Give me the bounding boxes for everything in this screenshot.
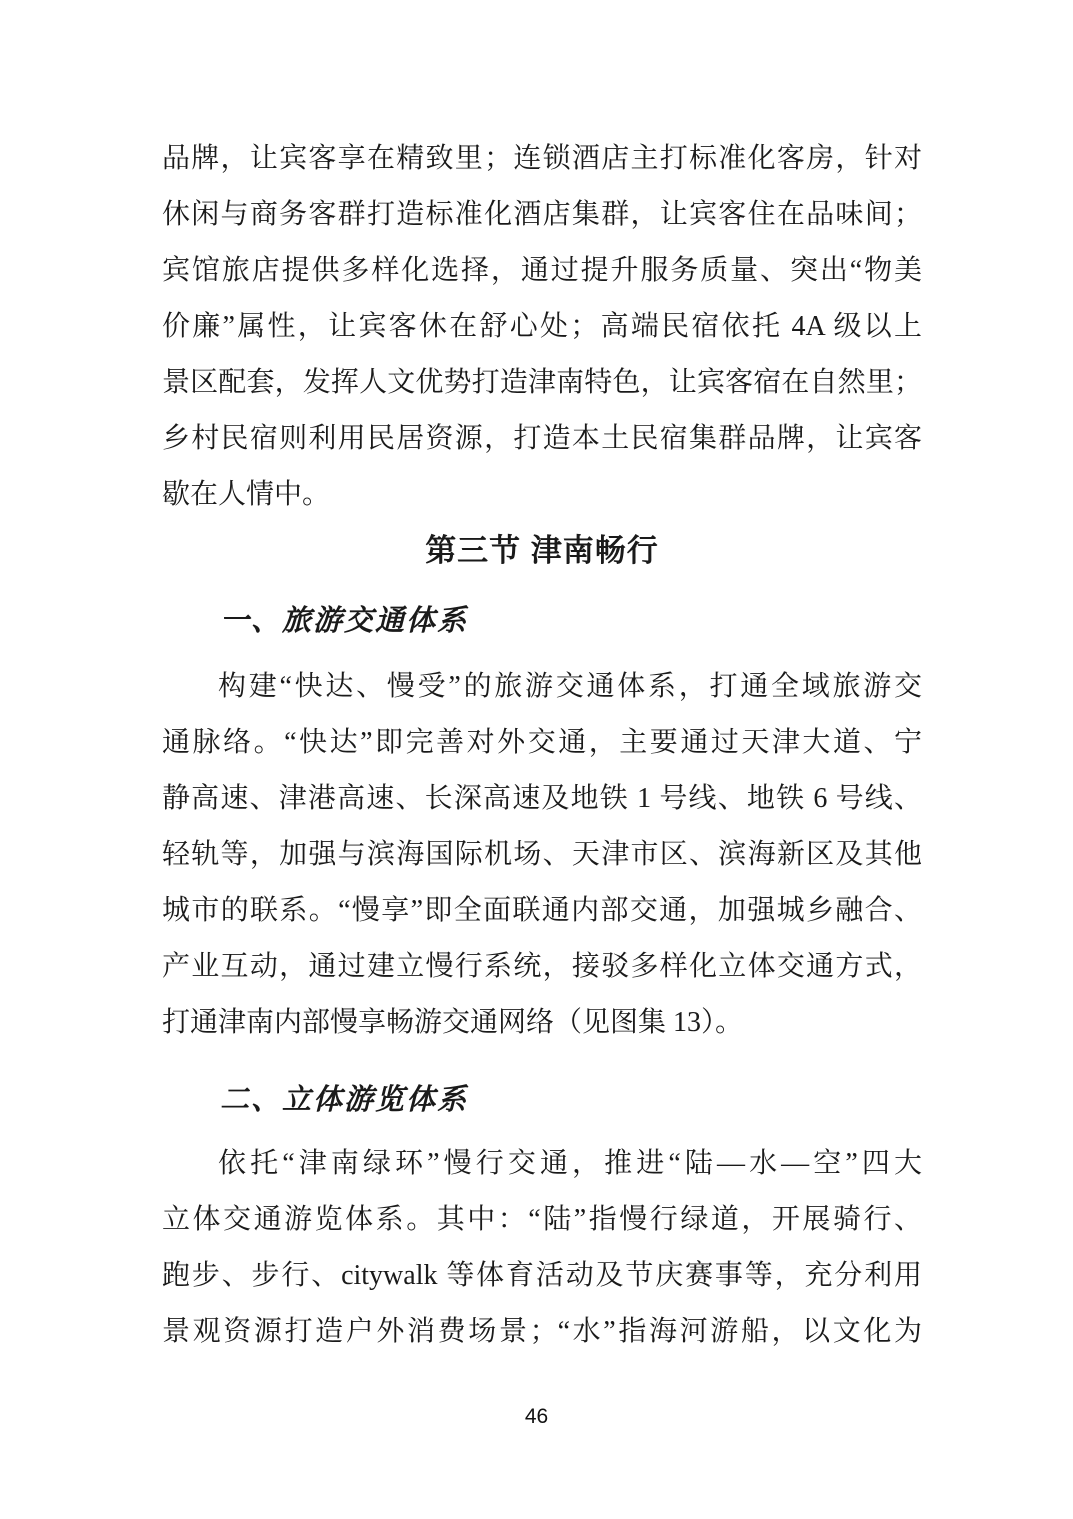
paragraph-transport-system: 构建“快达、慢受”的旅游交通体系，打通全域旅游交 通脉络。“快达”即完善对外交通… bbox=[162, 659, 922, 1051]
body-line: 依托“津南绿环”慢行交通，推进“陆—水—空”四大 bbox=[162, 1136, 922, 1192]
body-line: 产业互动，通过建立慢行系统，接驳多样化立体交通方式， bbox=[162, 939, 922, 995]
section-heading: 第三节 津南畅行 bbox=[162, 523, 922, 579]
body-line: 打通津南内部慢享畅游交通网络（见图集 13）。 bbox=[162, 995, 922, 1051]
document-page: 品牌，让宾客享在精致里；连锁酒店主打标准化客房，针对 休闲与商务客群打造标准化酒… bbox=[0, 0, 1073, 1519]
body-line: 构建“快达、慢受”的旅游交通体系，打通全域旅游交 bbox=[162, 659, 922, 715]
text-block: 品牌，让宾客享在精致里；连锁酒店主打标准化客房，针对 休闲与商务客群打造标准化酒… bbox=[162, 131, 922, 1360]
body-line: 景观资源打造户外消费场景；“水”指海河游船，以文化为 bbox=[162, 1304, 922, 1360]
subsection-heading-2: 二、立体游览体系 bbox=[162, 1072, 922, 1128]
body-line: 歇在人情中。 bbox=[162, 467, 922, 523]
body-line: 城市的联系。“慢享”即全面联通内部交通，加强城乡融合、 bbox=[162, 883, 922, 939]
subsection-heading-1: 一、旅游交通体系 bbox=[162, 593, 922, 649]
body-line: 宾馆旅店提供多样化选择，通过提升服务质量、突出“物美 bbox=[162, 243, 922, 299]
body-line: 跑步、步行、citywalk 等体育活动及节庆赛事等，充分利用 bbox=[162, 1248, 922, 1304]
body-line: 价廉”属性，让宾客休在舒心处；高端民宿依托 4A 级以上 bbox=[162, 299, 922, 355]
paragraph-sightseeing-system: 依托“津南绿环”慢行交通，推进“陆—水—空”四大 立体交通游览体系。其中：“陆”… bbox=[162, 1136, 922, 1360]
body-line: 静高速、津港高速、长深高速及地铁 1 号线、地铁 6 号线、 bbox=[162, 771, 922, 827]
body-line: 通脉络。“快达”即完善对外交通，主要通过天津大道、宁 bbox=[162, 715, 922, 771]
body-line: 轻轨等，加强与滨海国际机场、天津市区、滨海新区及其他 bbox=[162, 827, 922, 883]
page-number: 46 bbox=[0, 1404, 1073, 1430]
body-line: 品牌，让宾客享在精致里；连锁酒店主打标准化客房，针对 bbox=[162, 131, 922, 187]
body-line: 景区配套，发挥人文优势打造津南特色，让宾客宿在自然里； bbox=[162, 355, 922, 411]
paragraph-hotel-brands: 品牌，让宾客享在精致里；连锁酒店主打标准化客房，针对 休闲与商务客群打造标准化酒… bbox=[162, 131, 922, 523]
body-line: 立体交通游览体系。其中：“陆”指慢行绿道，开展骑行、 bbox=[162, 1192, 922, 1248]
body-line: 乡村民宿则利用民居资源，打造本土民宿集群品牌，让宾客 bbox=[162, 411, 922, 467]
body-line: 休闲与商务客群打造标准化酒店集群，让宾客住在品味间； bbox=[162, 187, 922, 243]
